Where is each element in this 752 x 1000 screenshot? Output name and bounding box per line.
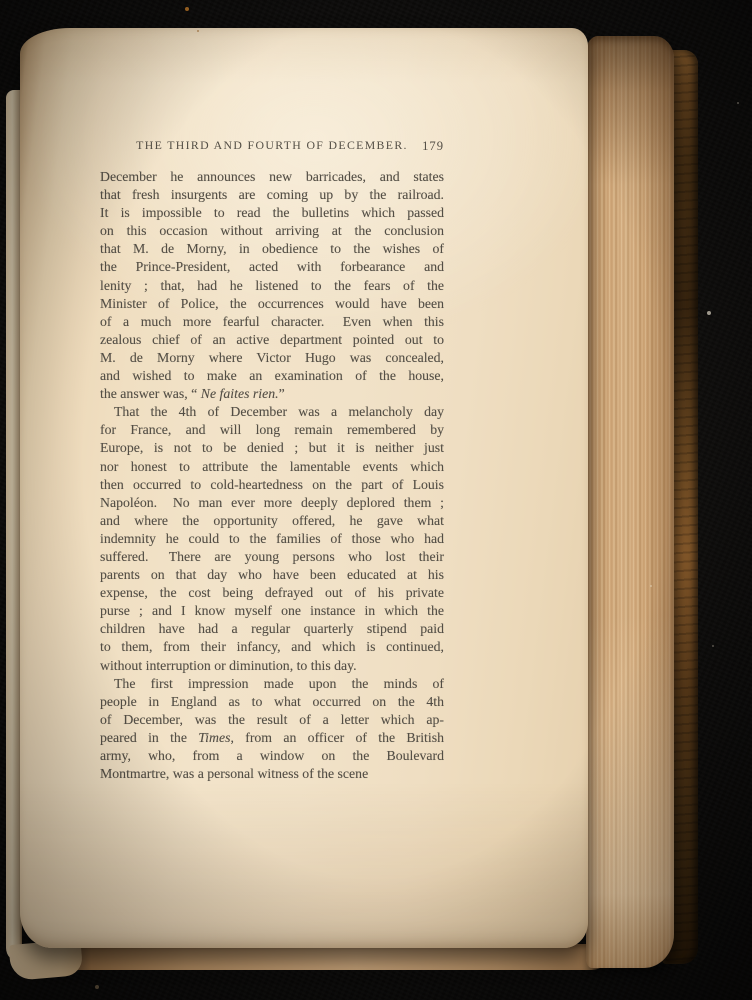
text-line: without interruption or diminution, to t…: [100, 657, 444, 675]
text-line: that fresh insurgents are coming up by t…: [100, 186, 444, 204]
text-line: That the 4th of December was a melanchol…: [100, 403, 444, 421]
book-page: THE THIRD AND FOURTH OF DECEMBER. 179 De…: [20, 28, 588, 948]
text-line: of December, was the result of a letter …: [100, 711, 444, 729]
text-block: December he announces new barricades, an…: [100, 168, 444, 783]
text-line: zealous chief of an active department po…: [100, 331, 444, 349]
text-line: on this occasion without arriving at the…: [100, 222, 444, 240]
text-line: It is impossible to read the bulletins w…: [100, 204, 444, 222]
photograph-of-open-book: THE THIRD AND FOURTH OF DECEMBER. 179 De…: [0, 0, 752, 1000]
text-line: the Prince-President, acted with forbear…: [100, 258, 444, 276]
text-line: The first impression made upon the minds…: [100, 675, 444, 693]
text-line: lenity ; that, had he listened to the fe…: [100, 277, 444, 295]
text-line: December he announces new barricades, an…: [100, 168, 444, 186]
book: THE THIRD AND FOURTH OF DECEMBER. 179 De…: [6, 26, 698, 970]
text-line: army, who, from a window on the Boulevar…: [100, 747, 444, 765]
text-line: to them, from their infancy, and which i…: [100, 638, 444, 656]
running-title: THE THIRD AND FOURTH OF DECEMBER.: [136, 138, 408, 152]
text-line: the answer was, “ Ne faites rien.”: [100, 385, 444, 403]
page-header: THE THIRD AND FOURTH OF DECEMBER. 179: [100, 138, 444, 153]
page-number: 179: [422, 139, 444, 154]
text-line: that M. de Morny, in obedience to the wi…: [100, 240, 444, 258]
text-line: peared in the Times, from an officer of …: [100, 729, 444, 747]
dust-specks: [0, 0, 2, 2]
page-stack-fore-edge: [586, 36, 674, 968]
text-line: and wished to make an examination of the…: [100, 367, 444, 385]
text-line: of a much more fearful character. Even w…: [100, 313, 444, 331]
text-line: M. de Morny where Victor Hugo was concea…: [100, 349, 444, 367]
text-line: suffered. There are young persons who lo…: [100, 548, 444, 566]
text-line: expense, the cost being defrayed out of …: [100, 584, 444, 602]
text-line: then occurred to cold-heartedness on the…: [100, 476, 444, 494]
text-line: and where the opportunity offered, he ga…: [100, 512, 444, 530]
text-line: Napoléon. No man ever more deeply deplor…: [100, 494, 444, 512]
text-line: people in England as to what occurred on…: [100, 693, 444, 711]
text-line: Europe, is not to be denied ; but it is …: [100, 439, 444, 457]
text-line: parents on that day who have been educat…: [100, 566, 444, 584]
text-line: for France, and will long remain remembe…: [100, 421, 444, 439]
text-line: Minister of Police, the occurrences woul…: [100, 295, 444, 313]
text-line: children have had a regular quarterly st…: [100, 620, 444, 638]
text-line: nor honest to attribute the lamentable e…: [100, 458, 444, 476]
text-line: indemnity he could to the families of th…: [100, 530, 444, 548]
text-line: Montmartre, was a personal witness of th…: [100, 765, 444, 783]
text-line: purse ; and I know myself one instance i…: [100, 602, 444, 620]
